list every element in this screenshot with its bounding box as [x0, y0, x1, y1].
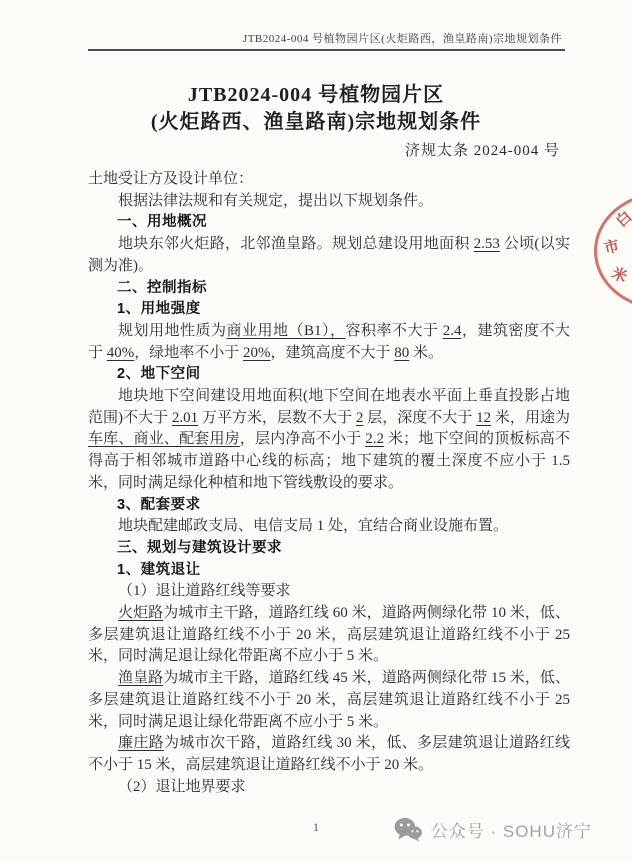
document-body: 土地受让方及设计单位：根据法律法规和有关规定，提出以下规划条件。一、用地概况地块… — [88, 169, 570, 798]
heading-3-1: 1、建筑退让 — [88, 560, 570, 582]
seal-char: 米 — [609, 262, 631, 287]
watermark-text: 公众号 · SOHU济宁 — [431, 817, 592, 842]
official-seal-partial: 白 市 米 — [594, 192, 632, 310]
text-run: 1、建筑退让 — [117, 562, 201, 578]
underlined-value: 20% — [243, 345, 271, 361]
text-run: 层，深度不大于 — [363, 410, 476, 426]
underlined-value: 12 — [476, 410, 491, 426]
underlined-value: 2.2 — [365, 431, 384, 447]
text-run: 3、配套要求 — [117, 497, 201, 513]
text-run: 根据法律法规和有关规定，提出以下规划条件。 — [118, 193, 433, 209]
text-run: 1、用地强度 — [117, 301, 201, 317]
text-run: （1）退让道路红线等要求 — [118, 583, 291, 599]
text-run: ，层内净高不小于 — [240, 431, 365, 447]
heading-3: 三、规划与建筑设计要求 — [88, 538, 570, 560]
para-intro: 根据法律法规和有关规定，提出以下规划条件。 — [88, 191, 570, 213]
underlined-value: 2.01 — [172, 410, 198, 426]
watermark: 公众号 · SOHU济宁 — [393, 817, 592, 842]
para-huoju-road: 火炬路为城市主干路，道路红线 60 米，道路两侧绿化带 10 米，低、多层建筑退… — [88, 603, 570, 668]
underlined-value: 2.53 — [474, 236, 500, 252]
para-setback-roads-label: （1）退让道路红线等要求 — [88, 581, 570, 603]
text-run: 米。 — [409, 345, 443, 361]
document-title-line1: JTB2024-004 号植物园片区 — [188, 84, 444, 106]
para-yuhuang-road: 渔皇路为城市主干路，道路红线 45 米，道路两侧绿化带 15 米，低、多层建筑退… — [88, 668, 570, 733]
para-land-overview: 地块东邻火炬路，北邻渔皇路。规划总建设用地面积 2.53 公顷(以实测为准)。 — [88, 234, 570, 277]
text-run: 米，用途为 — [491, 410, 570, 426]
text-run: 容积率不大于 — [346, 323, 443, 339]
para-supporting: 地块配建邮政支局、电信支局 1 处，宜结合商业设施布置。 — [88, 516, 570, 538]
para-salutation: 土地受让方及设计单位： — [88, 169, 570, 191]
running-header: JTB2024-004 号植物园片区(火炬路西，渔皇路南)宗地规划条件 — [243, 30, 562, 46]
para-underground: 地块地下空间建设用地面积(地下空间在地表水平面上垂直投影占地范围)不大于 2.0… — [88, 386, 570, 495]
para-lianzhuang-road: 廉庄路为城市次干路，道路红线 30 米，低、多层建筑退让道路红线不小于 15 米… — [88, 733, 570, 776]
underlined-value: 80 — [394, 345, 409, 361]
underlined-value: 渔皇路 — [118, 670, 163, 686]
text-run: 二、控制指标 — [117, 280, 207, 296]
text-run: 2、地下空间 — [117, 366, 201, 382]
document-number: 济规太条 2024-004 号 — [405, 139, 560, 160]
underlined-value: 廉庄路 — [118, 735, 164, 751]
para-setback-boundary-label: （2）退让地界要求 — [88, 777, 570, 799]
text-run: 地块东邻火炬路，北邻渔皇路。规划总建设用地面积 — [118, 236, 474, 252]
text-run: 一、用地概况 — [117, 214, 207, 230]
text-run: （2）退让地界要求 — [118, 779, 246, 795]
text-run: ，绿地率不小于 — [134, 345, 243, 361]
underlined-value: 车库、商业、配套用房 — [88, 431, 240, 447]
document-title: JTB2024-004 号植物园片区 (火炬路西、渔皇路南)宗地规划条件 — [0, 82, 632, 136]
para-land-intensity: 规划用地性质为商业用地（B1），容积率不大于 2.4，建筑密度不大于 40%，绿… — [88, 321, 570, 364]
text-run: ，建筑高度不大于 — [271, 345, 395, 361]
underlined-value: 40% — [107, 345, 135, 361]
wechat-icon — [393, 817, 423, 842]
document-title-line2: (火炬路西、渔皇路南)宗地规划条件 — [151, 111, 481, 133]
heading-1: 一、用地概况 — [88, 212, 570, 234]
heading-2-3: 3、配套要求 — [88, 495, 570, 517]
underlined-value: 2.4 — [443, 323, 462, 339]
seal-char: 市 — [602, 234, 622, 258]
document-page: JTB2024-004 号植物园片区(火炬路西，渔皇路南)宗地规划条件 JTB2… — [0, 0, 632, 862]
header-rule — [88, 49, 565, 51]
heading-2-1: 1、用地强度 — [88, 299, 570, 321]
text-run: 地块配建邮政支局、电信支局 1 处，宜结合商业设施布置。 — [118, 518, 508, 534]
heading-2: 二、控制指标 — [88, 278, 570, 300]
underlined-value: 商业用地（B1）， — [227, 323, 346, 339]
heading-2-2: 2、地下空间 — [88, 364, 570, 386]
text-run: 土地受让方及设计单位： — [88, 171, 253, 187]
text-run: 规划用地性质为 — [118, 323, 227, 339]
seal-char: 白 — [611, 206, 632, 232]
text-run: 三、规划与建筑设计要求 — [117, 540, 282, 556]
text-run: 万平方米，层数不大于 — [198, 410, 356, 426]
underlined-value: 火炬路 — [118, 605, 163, 621]
